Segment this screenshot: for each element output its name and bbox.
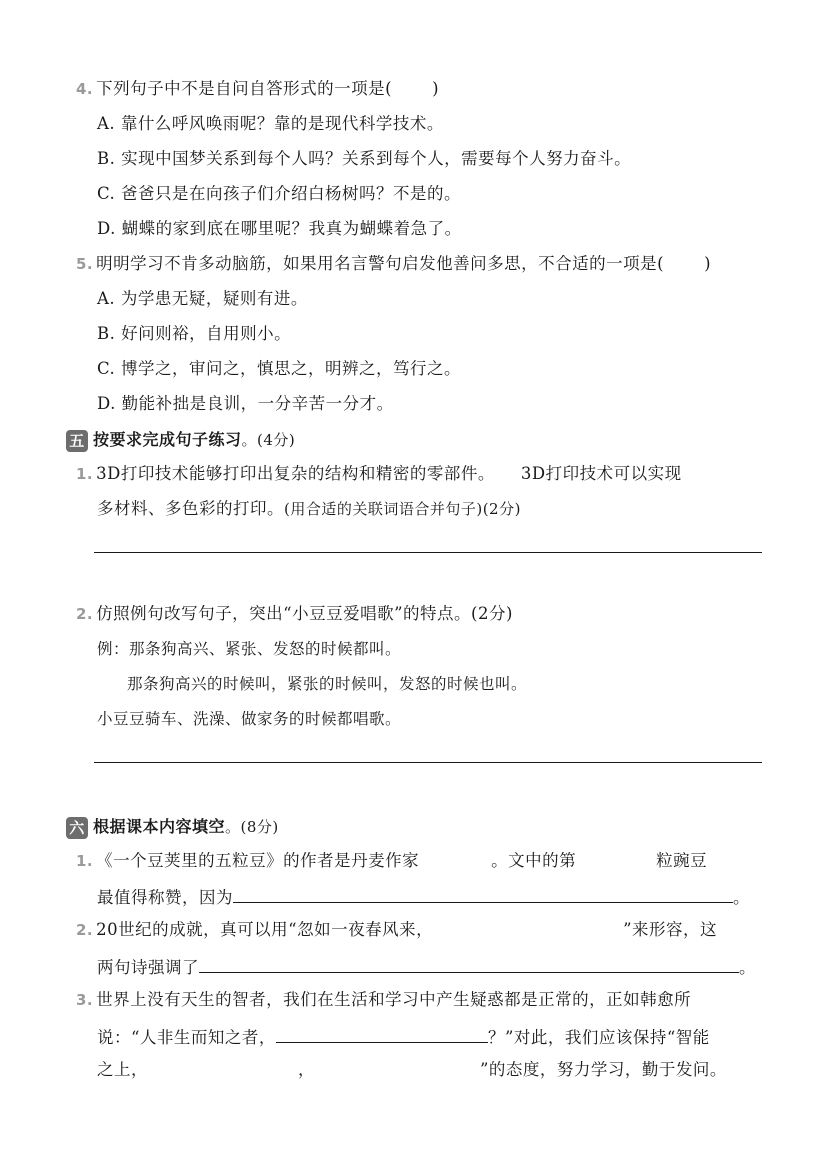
section-badge: 五 (66, 430, 88, 452)
section-badge: 六 (66, 817, 88, 839)
q4-option-a: A. 靠什么呼风唤雨呢？靠的是现代科学技术。 (97, 113, 444, 135)
question-number: 4. (76, 80, 93, 98)
q4-stem: 4.下列句子中不是自问自答形式的一项是() (76, 78, 439, 100)
section-title: 按要求完成句子练习 (93, 430, 242, 449)
s6-q2-line1: 2.20世纪的成就，真可以用“忽如一夜春风来，”来形容，这 (76, 919, 717, 941)
section-points: 。(4分) (242, 431, 296, 449)
s6-q3-line2: 说：“人非生而知之者，？”对此，我们应该保持“智能 (97, 1024, 710, 1049)
s6-q2-line2: 两句诗强调了。 (97, 954, 756, 979)
q5-option-c: C. 博学之，审问之，慎思之，明辨之，笃行之。 (97, 358, 461, 380)
s6-q3-line1: 3.世界上没有天生的智者，我们在生活和学习中产生疑惑都是正常的，正如韩愈所 (76, 989, 691, 1011)
s5-q1-line2: 多材料、多色彩的打印。(用合适的关联词语合并句子)(2分) (97, 498, 521, 520)
s6-q3-line3: 之上，，”的态度，努力学习，勤于发问。 (97, 1059, 727, 1081)
q5-option-d: D. 勤能补拙是良训，一分辛苦一分才。 (97, 393, 394, 415)
q5-option-a: A. 为学患无疑，疑则有进。 (97, 288, 308, 310)
q4-option-b: B. 实现中国梦关系到每个人吗？关系到每个人，需要每个人努力奋斗。 (97, 148, 631, 170)
section-title: 根据课本内容填空 (93, 817, 225, 836)
quote-blank[interactable] (276, 1024, 488, 1043)
s5-q2-stem: 2.仿照例句改写句子，突出“小豆豆爱唱歌”的特点。(2分) (76, 603, 513, 625)
task-sentence: 小豆豆骑车、洗澡、做家务的时候都唱歌。 (97, 708, 401, 730)
section-5-heading: 五按要求完成句子练习。(4分) (66, 429, 295, 452)
example-line-2: 那条狗高兴的时候叫，紧张的时候叫，发怒的时候也叫。 (127, 673, 527, 695)
s6-q1-line2: 最值得称赞，因为。 (97, 884, 750, 909)
answer-line[interactable] (94, 762, 762, 763)
reason-blank[interactable] (233, 884, 733, 903)
q5-stem: 5.明明学习不肯多动脑筋，如果用名言警句启发他善问多思，不合适的一项是() (76, 253, 711, 275)
section-6-heading: 六根据课本内容填空。(8分) (66, 816, 279, 839)
q4-option-d: D. 蝴蝶的家到底在哪里呢？我真为蝴蝶着急了。 (97, 218, 462, 240)
q4-option-c: C. 爸爸只是在向孩子们介绍白杨树吗？不是的。 (97, 183, 461, 205)
answer-line[interactable] (94, 552, 762, 553)
s6-q1-line1: 1.《一个豆荚里的五粒豆》的作者是丹麦作家。文中的第粒豌豆 (76, 850, 707, 872)
s5-q1-line1: 1.3D打印技术能够打印出复杂的结构和精密的零部件。3D打印技术可以实现 (76, 463, 682, 485)
question-number: 5. (76, 255, 93, 273)
q5-option-b: B. 好问则裕，自用则小。 (97, 323, 291, 345)
example-line-1: 例：那条狗高兴、紧张、发怒的时候都叫。 (97, 638, 401, 660)
instruction: (用合适的关联词语合并句子)(2分) (284, 500, 521, 518)
section-points: 。(8分) (225, 818, 279, 836)
emphasis-blank[interactable] (199, 954, 739, 973)
